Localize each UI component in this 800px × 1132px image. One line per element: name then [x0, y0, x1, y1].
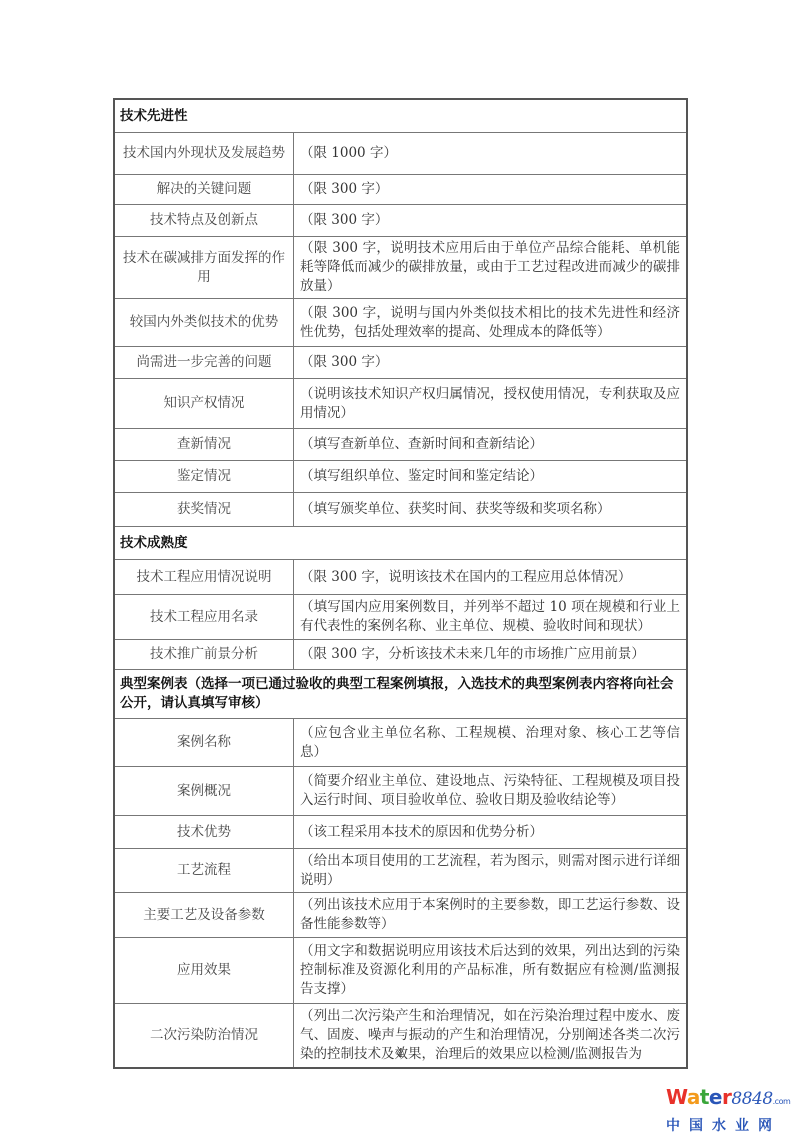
section-header-row: 典型案例表（选择一项已通过验收的典型工程案例填报，入选技术的典型案例表内容将向社…	[114, 670, 687, 719]
page-number: 4	[0, 1046, 800, 1060]
watermark-brand-letters: Water	[666, 1085, 731, 1109]
watermark-letter: t	[700, 1085, 709, 1109]
table-row: 案例名称（应包含业主单位名称、工程规模、治理对象、核心工艺等信息）	[114, 719, 687, 767]
watermark-brand-number: 8848	[731, 1089, 772, 1109]
row-label: 技术工程应用名录	[114, 595, 294, 640]
table-row: 技术优势（该工程采用本技术的原因和优势分析）	[114, 816, 687, 849]
table-row: 应用效果（用文字和数据说明应用该技术后达到的效果，列出达到的污染控制标准及资源化…	[114, 938, 687, 1004]
row-description-field[interactable]: （限 300 字，说明技术应用后由于单位产品综合能耗、单机能耗等降低而减少的碳排…	[294, 237, 688, 299]
row-label: 技术工程应用情况说明	[114, 560, 294, 595]
row-description-field[interactable]: （简要介绍业主单位、建设地点、污染特征、工程规模及项目投入运行时间、项目验收单位…	[294, 767, 688, 816]
watermark-brand-suffix: .com	[773, 1097, 791, 1106]
table-row: 尚需进一步完善的问题（限 300 字）	[114, 347, 687, 379]
row-label: 知识产权情况	[114, 379, 294, 429]
row-description-field[interactable]: （限 300 字，说明该技术在国内的工程应用总体情况）	[294, 560, 688, 595]
table-row: 知识产权情况（说明该技术知识产权归属情况，授权使用情况，专利获取及应用情况）	[114, 379, 687, 429]
row-description-field[interactable]: （填写国内应用案例数目，并列举不超过 10 项在规模和行业上有代表性的案例名称、…	[294, 595, 688, 640]
row-label: 技术国内外现状及发展趋势	[114, 133, 294, 175]
section-title: 技术先进性	[114, 99, 687, 133]
row-label: 工艺流程	[114, 849, 294, 893]
table-row: 获奖情况（填写颁奖单位、获奖时间、获奖等级和奖项名称）	[114, 493, 687, 527]
watermark-logo: Water8848.com 中国水业网	[666, 1086, 796, 1130]
row-label: 获奖情况	[114, 493, 294, 527]
row-description-field[interactable]: （限 300 字，说明与国内外类似技术相比的技术先进性和经济性优势，包括处理效率…	[294, 299, 688, 347]
row-description-field[interactable]: （限 300 字，分析该技术未来几年的市场推广应用前景）	[294, 640, 688, 670]
row-description-field[interactable]: （说明该技术知识产权归属情况，授权使用情况，专利获取及应用情况）	[294, 379, 688, 429]
table-row: 较国内外类似技术的优势（限 300 字，说明与国内外类似技术相比的技术先进性和经…	[114, 299, 687, 347]
watermark-letter: a	[687, 1085, 700, 1109]
row-label: 技术优势	[114, 816, 294, 849]
row-label: 尚需进一步完善的问题	[114, 347, 294, 379]
row-description-field[interactable]: （列出该技术应用于本案例时的主要参数，即工艺运行参数、设备性能参数等）	[294, 893, 688, 938]
application-form-table: 技术先进性技术国内外现状及发展趋势（限 1000 字）解决的关键问题（限 300…	[113, 98, 688, 1069]
row-label: 查新情况	[114, 429, 294, 461]
row-description-field[interactable]: （给出本项目使用的工艺流程，若为图示，则需对图示进行详细说明）	[294, 849, 688, 893]
watermark-letter: r	[722, 1085, 731, 1109]
row-label: 解决的关键问题	[114, 175, 294, 205]
table-row: 技术在碳减排方面发挥的作用（限 300 字，说明技术应用后由于单位产品综合能耗、…	[114, 237, 687, 299]
table-row: 技术工程应用情况说明（限 300 字，说明该技术在国内的工程应用总体情况）	[114, 560, 687, 595]
row-description-field[interactable]: （限 300 字）	[294, 347, 688, 379]
row-label: 鉴定情况	[114, 461, 294, 493]
row-label: 案例概况	[114, 767, 294, 816]
section-header-row: 技术先进性	[114, 99, 687, 133]
watermark-brand: Water8848.com	[666, 1086, 796, 1113]
row-description-field[interactable]: （填写颁奖单位、获奖时间、获奖等级和奖项名称）	[294, 493, 688, 527]
section-title: 典型案例表（选择一项已通过验收的典型工程案例填报，入选技术的典型案例表内容将向社…	[114, 670, 687, 719]
watermark-subtitle: 中国水业网	[666, 1115, 796, 1132]
table-row: 鉴定情况（填写组织单位、鉴定时间和鉴定结论）	[114, 461, 687, 493]
table-row: 技术特点及创新点（限 300 字）	[114, 205, 687, 237]
table-row: 主要工艺及设备参数（列出该技术应用于本案例时的主要参数，即工艺运行参数、设备性能…	[114, 893, 687, 938]
watermark-letter: W	[666, 1085, 687, 1109]
section-header-row: 技术成熟度	[114, 527, 687, 560]
row-description-field[interactable]: （填写组织单位、鉴定时间和鉴定结论）	[294, 461, 688, 493]
section-title: 技术成熟度	[114, 527, 687, 560]
table-row: 案例概况（简要介绍业主单位、建设地点、污染特征、工程规模及项目投入运行时间、项目…	[114, 767, 687, 816]
row-label: 技术特点及创新点	[114, 205, 294, 237]
row-label: 主要工艺及设备参数	[114, 893, 294, 938]
row-label: 较国内外类似技术的优势	[114, 299, 294, 347]
table-row: 技术工程应用名录（填写国内应用案例数目，并列举不超过 10 项在规模和行业上有代…	[114, 595, 687, 640]
row-label: 案例名称	[114, 719, 294, 767]
row-description-field[interactable]: （填写查新单位、查新时间和查新结论）	[294, 429, 688, 461]
row-label: 应用效果	[114, 938, 294, 1004]
table-row: 工艺流程（给出本项目使用的工艺流程，若为图示，则需对图示进行详细说明）	[114, 849, 687, 893]
watermark-letter: e	[709, 1085, 722, 1109]
table-row: 查新情况（填写查新单位、查新时间和查新结论）	[114, 429, 687, 461]
row-description-field[interactable]: （应包含业主单位名称、工程规模、治理对象、核心工艺等信息）	[294, 719, 688, 767]
row-description-field[interactable]: （限 300 字）	[294, 175, 688, 205]
row-description-field[interactable]: （该工程采用本技术的原因和优势分析）	[294, 816, 688, 849]
table-row: 技术推广前景分析（限 300 字，分析该技术未来几年的市场推广应用前景）	[114, 640, 687, 670]
row-label: 技术推广前景分析	[114, 640, 294, 670]
table-row: 技术国内外现状及发展趋势（限 1000 字）	[114, 133, 687, 175]
row-description-field[interactable]: （用文字和数据说明应用该技术后达到的效果，列出达到的污染控制标准及资源化利用的产…	[294, 938, 688, 1004]
row-description-field[interactable]: （限 300 字）	[294, 205, 688, 237]
row-description-field[interactable]: （限 1000 字）	[294, 133, 688, 175]
table-row: 解决的关键问题（限 300 字）	[114, 175, 687, 205]
row-label: 技术在碳减排方面发挥的作用	[114, 237, 294, 299]
